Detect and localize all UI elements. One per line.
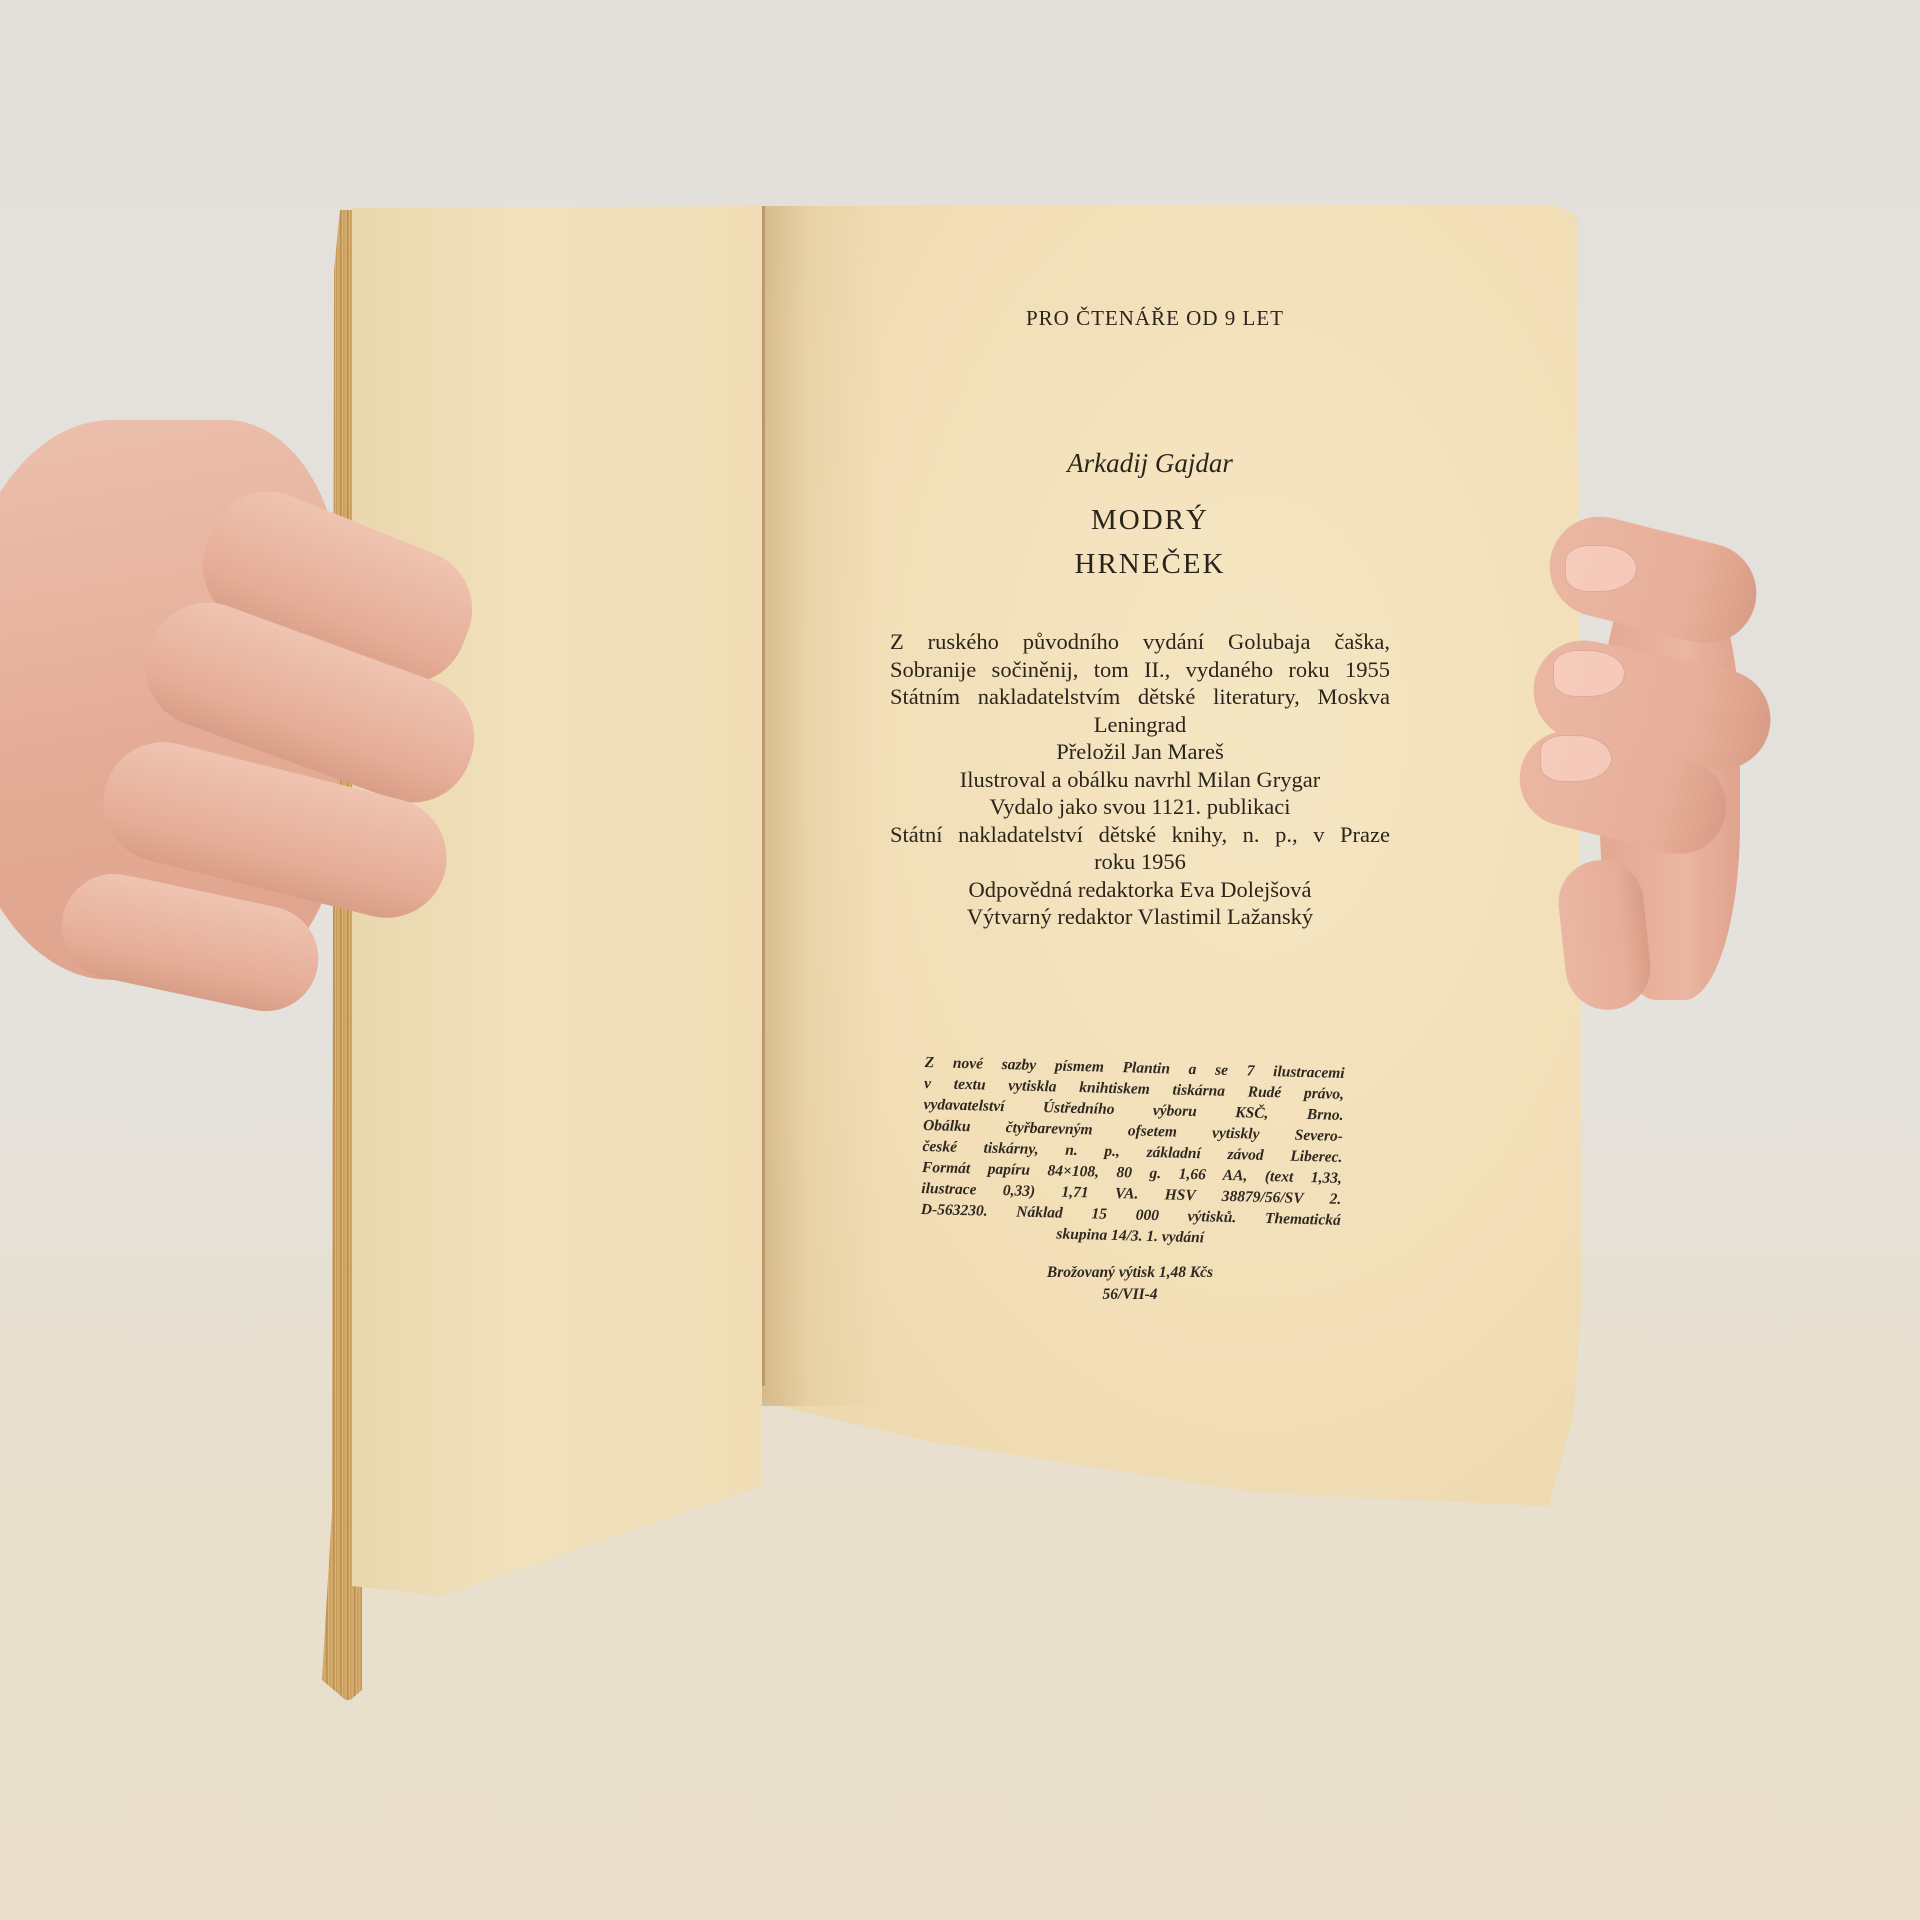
credits-line: Ilustroval a obálku navrhl Milan Grygar	[890, 766, 1390, 794]
publication-credits: Z ruského původního vydání Golubaja čašk…	[890, 628, 1390, 931]
credits-line: Leningrad	[890, 711, 1390, 739]
photo-scene: PRO ČTENÁŘE OD 9 LET Arkadij Gajdar MODR…	[0, 0, 1920, 1920]
book-spine-gutter	[762, 206, 765, 1386]
fingernail	[1553, 650, 1625, 697]
credits-line: Odpovědná redaktorka Eva Dolejšová	[890, 876, 1390, 904]
book-gutter-shadow	[762, 206, 882, 1406]
printer-imprint: Z nové sazby písmem Plantin a se 7 ilust…	[920, 1052, 1345, 1252]
credits-line: Státní nakladatelství dětské knihy, n. p…	[890, 821, 1390, 849]
credits-line: roku 1956	[890, 848, 1390, 876]
price-line: Brožovaný výtisk 1,48 Kčs	[990, 1262, 1270, 1284]
author-name: Arkadij Gajdar	[1010, 448, 1290, 479]
price-info: Brožovaný výtisk 1,48 Kčs 56/VII-4	[990, 1262, 1270, 1306]
fingernail	[1565, 545, 1637, 592]
fingernail	[1540, 735, 1612, 782]
credits-line: Z ruského původního vydání Golubaja čašk…	[890, 628, 1390, 656]
age-recommendation: PRO ČTENÁŘE OD 9 LET	[1010, 306, 1300, 331]
credits-line: Sobranije sočiněnij, tom II., vydaného r…	[890, 656, 1390, 684]
credits-line: Státním nakladatelstvím dětské literatur…	[890, 683, 1390, 711]
credits-line: Výtvarný redaktor Vlastimil Lažanský	[890, 903, 1390, 931]
book-title-line-2: HRNEČEK	[1010, 548, 1290, 581]
book-title-line-1: MODRÝ	[1010, 504, 1290, 537]
credits-line: Vydalo jako svou 1121. publikaci	[890, 793, 1390, 821]
catalog-code: 56/VII-4	[990, 1284, 1270, 1306]
credits-line: Přeložil Jan Mareš	[890, 738, 1390, 766]
